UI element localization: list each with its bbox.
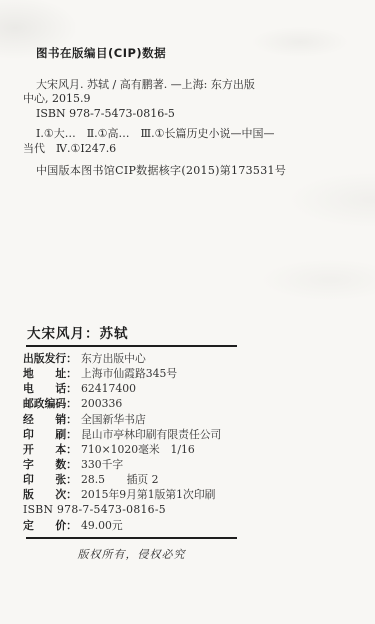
cip-data-block: 图书在版编目(CIP)数据 大宋风月. 苏轼 / 高有鹏著. —上海: 东方出版… [23,46,303,178]
cip-entry-line: 中心, 2015.9 [23,92,303,107]
colophon-row-postcode: 邮政编码：200336 [23,396,353,411]
colophon-row-value: 昆山市亭林印刷有限责任公司 [81,428,221,441]
book-title: 大宋风月：苏轼 [27,322,129,342]
colophon-row-label: 出版发行： [23,352,77,365]
colophon-row-value: 上海市仙霞路345号 [81,367,177,380]
colophon-row-phone: 电 话：62417400 [23,381,353,396]
colophon-row-edition: 版 次：2015年9月第1版第1次印刷 [23,487,353,502]
cip-header: 图书在版编目(CIP)数据 [36,46,303,61]
colophon-row-wordcount: 字 数：330千字 [23,457,353,472]
colophon-row-value: 200336 [81,397,122,410]
colophon-row-value: 62417400 [81,382,136,395]
colophon-row-value: 2015年9月第1版第1次印刷 [81,488,215,501]
cip-classification-line: 当代 Ⅳ.①I247.6 [23,142,303,157]
copyright-notice: 版权所有，侵权必究 [26,546,237,562]
colophon-row-price: 定 价：49.00元 [23,518,353,533]
cip-classification-line: Ⅰ.①大… Ⅱ.①高… Ⅲ.①长篇历史小说—中国— [23,127,303,142]
colophon-row-label: 开 本： [23,443,77,456]
book-copyright-page: 图书在版编目(CIP)数据 大宋风月. 苏轼 / 高有鹏著. —上海: 东方出版… [0,0,375,624]
colophon-row-value: 710×1020毫米 1/16 [81,443,195,456]
colophon-row-value: 330千字 [81,458,123,471]
colophon-row-label: 印 刷： [23,428,77,441]
cip-record-number: 中国版本图书馆CIP数据核字(2015)第173531号 [23,164,303,179]
divider-top [26,345,237,347]
colophon-row-publisher: 出版发行：东方出版中心 [23,351,353,366]
colophon-row-sheets: 印 张：28.5 插页 2 [23,472,353,487]
colophon-row-label: 字 数： [23,458,77,471]
colophon-row-label: 经 销： [23,413,77,426]
colophon-row-printer: 印 刷：昆山市亭林印刷有限责任公司 [23,427,353,442]
cip-entry-isbn: ISBN 978-7-5473-0816-5 [23,107,303,122]
colophon-row-label: 定 价： [23,519,77,532]
colophon-row-value: 全国新华书店 [81,413,146,426]
colophon-row-distributor: 经 销：全国新华书店 [23,412,353,427]
divider-bottom [26,537,237,539]
colophon-row-value: 东方出版中心 [81,352,146,365]
colophon-row-value: 49.00元 [81,519,123,532]
colophon-row-label: 印 张： [23,473,77,486]
colophon: 出版发行：东方出版中心 地 址：上海市仙霞路345号 电 话：62417400 … [23,351,353,533]
colophon-row-label: 地 址： [23,367,77,380]
colophon-row-value: 28.5 插页 2 [81,473,159,486]
colophon-row-address: 地 址：上海市仙霞路345号 [23,366,353,381]
colophon-row-format: 开 本：710×1020毫米 1/16 [23,442,353,457]
colophon-row-label: 邮政编码： [23,397,77,410]
colophon-row-label: 电 话： [23,382,77,395]
cip-entry-line: 大宋风月. 苏轼 / 高有鹏著. —上海: 东方出版 [23,78,303,93]
colophon-row-label: 版 次： [23,488,77,501]
colophon-isbn-line: ISBN 978-7-5473-0816-5 [23,502,353,517]
